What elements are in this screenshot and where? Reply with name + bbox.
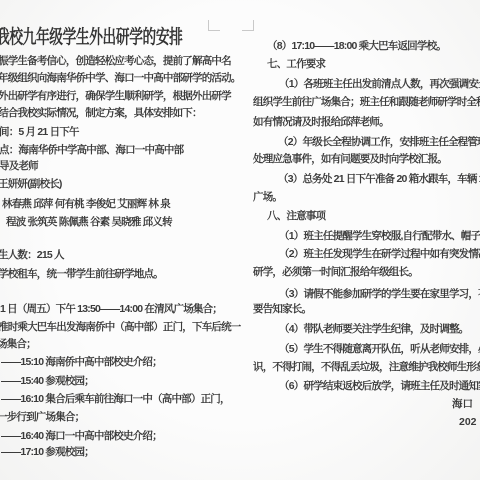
left-column-line: ——15:40 参观校园； <box>1 376 94 387</box>
right-column-line: （6）研学结束返校后放学，请班主任及时通知家长 <box>279 381 480 392</box>
left-column-line: 1 日（周五）下午 13:50——14:00 在清风广场集合； <box>0 304 222 315</box>
right-column-heading: 八、注意事项 <box>267 211 325 222</box>
text-boundary-mark-left <box>208 20 220 31</box>
right-column-line: 组织学生前往广场集合；班主任和跟随老师研学时全程 <box>253 97 480 108</box>
right-column-line: 识，不得打闹，不得乱丢垃圾，注意维护我校师生形象。 <box>253 362 480 373</box>
left-column-line: 场集合； <box>0 339 36 350</box>
left-column-line: 林春燕 邱萍 何有桃 李俊妃 艾丽辉 林 泉 <box>2 199 170 210</box>
left-column-line: 间：5 月 21 日下午 <box>0 127 79 138</box>
right-column-line: （1）班主任提醒学生穿校服,自行配带水、帽子、笔 <box>279 231 480 242</box>
signature-place-line: 海口 <box>452 399 473 410</box>
signature-date-line: 202 <box>459 417 477 428</box>
right-column-line: 如有情况请及时报给邱萍老师。 <box>253 117 389 128</box>
left-column-line: 王妍妍(副校长) <box>0 179 62 190</box>
right-column-line: （8）17:10——18:00 乘大巴车返回学校。 <box>267 41 446 52</box>
left-column-line: 导及老师 <box>0 161 38 172</box>
left-column-line: 学校租车，统一带学生前往研学地点。 <box>0 269 163 280</box>
left-column-line: 外出研学有序进行，确保学生顺利研学，根据外出研学 <box>0 91 231 102</box>
right-column-line: （2）年级长全程协调工作，安排班主任全程管理，全 <box>278 137 480 148</box>
left-column-line: ——17:10 参观校园； <box>1 447 94 458</box>
right-column-line: 处理应急事件，如有问题要及时向学校汇报。 <box>253 154 447 165</box>
left-column-line: 点：海南华侨中学高中部、海口一中高中部 <box>0 145 183 156</box>
right-column-line: 研学，必须第一时间汇报给年级组长。 <box>253 267 418 278</box>
right-column-line: （3）请假不能参加研学的学生要在家里学习，不得 <box>279 289 480 300</box>
document-photo: 我校九年级学生外出研学的安排 振学生备考信心，创造轻松应考心态，提前了解高中名 … <box>0 0 480 480</box>
left-column-line: 一步行到广场集合； <box>0 412 84 423</box>
right-column-line: 要告知家长。 <box>253 304 311 315</box>
text-boundary-mark-right <box>242 20 254 31</box>
left-column-line: ——15:10 海南侨中高中部校史介绍； <box>1 357 162 368</box>
left-column-line: 结合我校实际情况，制定方案，具体安排如下： <box>0 108 202 119</box>
left-column-line: 准时乘大巴车出发海南侨中（高中部）正门，下车后统一 <box>0 322 241 333</box>
right-column-line: （1）各班班主任出发前清点人数，再次强调安全和 <box>279 79 480 90</box>
right-column-line: （4）带队老师要关注学生纪律，及时调整。 <box>279 324 468 335</box>
right-column-heading: 七、工作要求 <box>267 59 325 70</box>
left-column-line: ——16:10 集合后乘车前往海口一中（高中部）正门， <box>1 394 230 405</box>
left-column-line: 生人数：215 人 <box>0 250 64 261</box>
left-column-line: 振学生备考信心，创造轻松应考心态，提前了解高中名 <box>0 56 231 67</box>
left-column-line: 程波 张筑英 陈佩燕 谷素 吴晓雅 邱义转 <box>6 217 172 228</box>
right-column-line: （3）总务处 21 日下午准备 20 箱水跟车，车辆 1: 3 <box>278 174 480 185</box>
left-column-line: 年级组织向海南华侨中学、海口一中高中部研学的活动。 <box>0 73 241 84</box>
right-column-line: 广场。 <box>253 192 282 203</box>
right-column-line: （2）班主任发现学生在研学过程中如有突发情况， <box>279 249 480 260</box>
left-column-line: ——16:40 海口一中高中部校史介绍； <box>1 431 162 442</box>
document-title: 我校九年级学生外出研学的安排 <box>0 27 182 48</box>
right-column-line: （5）学生不得随意离开队伍，听从老师安排，必须 <box>279 344 480 355</box>
